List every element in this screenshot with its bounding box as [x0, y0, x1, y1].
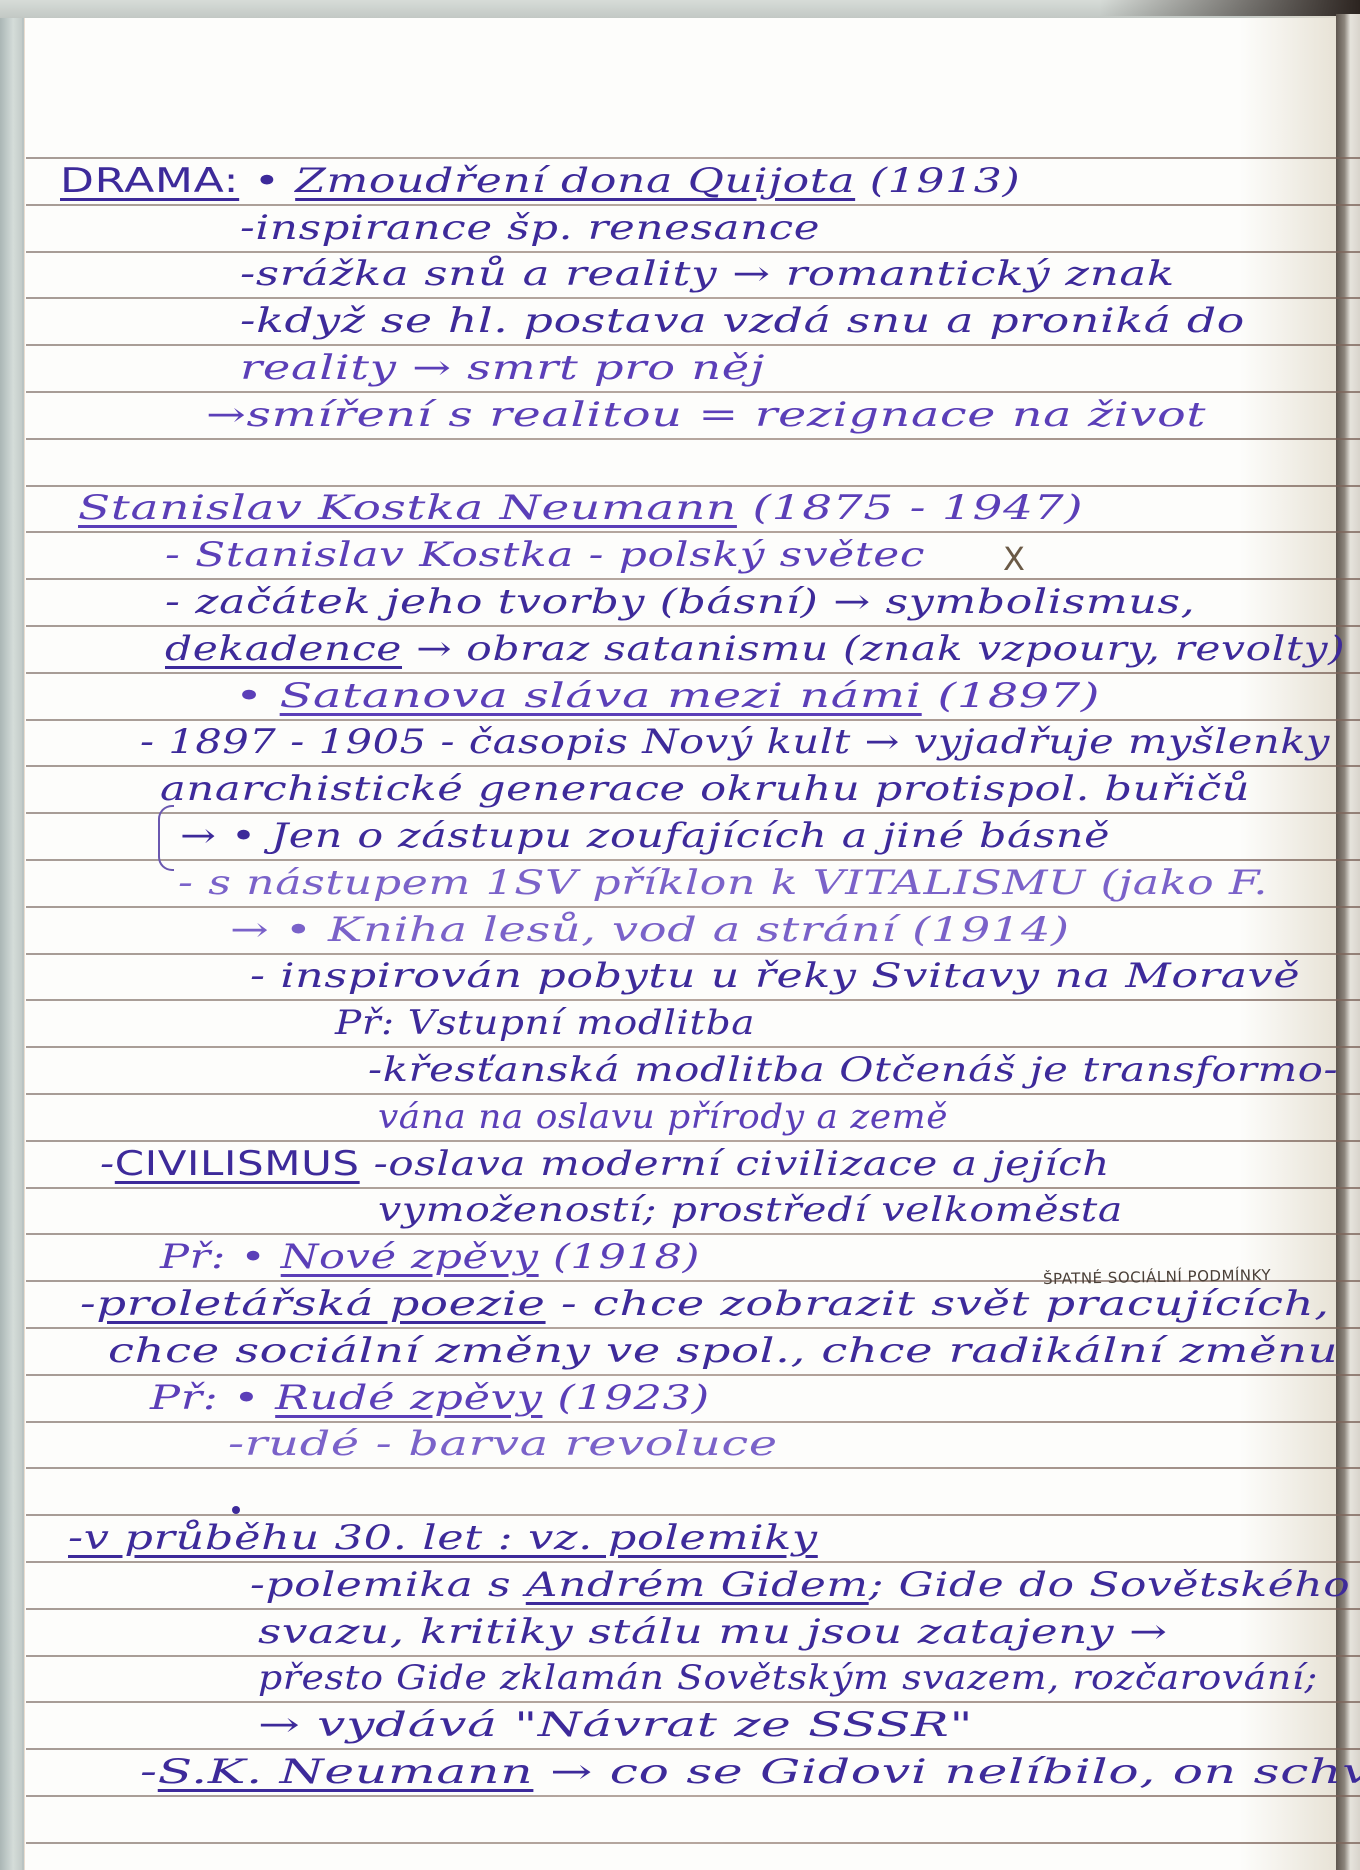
- note-text: - chce zobrazit svět pracujících,: [546, 1284, 1330, 1324]
- ruled-line: [26, 204, 1360, 206]
- underlined-text: -v průběhu 30. let : vz. polemiky: [68, 1518, 818, 1558]
- ruled-line: [26, 1421, 1360, 1423]
- note-line: Stanislav Kostka Neumann (1875 - 1947): [78, 491, 1083, 525]
- ruled-line: [26, 1233, 1360, 1235]
- note-text: přesto Gide zklamán Sovětským svazem, ro…: [258, 1658, 1318, 1698]
- ruled-line: [26, 1701, 1360, 1703]
- ruled-line: [26, 1093, 1360, 1095]
- note-line: Př: Vstupní modlitba: [335, 1006, 755, 1040]
- note-line: → • Jen o zástupu zoufajících a jiné bás…: [180, 819, 1110, 853]
- note-line: -S.K. Neumann → co se Gidovi nelíbilo, o…: [140, 1755, 1360, 1789]
- ruled-line: [26, 344, 1360, 346]
- ruled-line: [26, 1046, 1360, 1048]
- underlined-text: Nové zpěvy: [281, 1237, 539, 1277]
- note-text: - začátek jeho tvorby (básní) → symbolis…: [165, 582, 1195, 622]
- note-text: -když se hl. postava vzdá snu a proniká …: [240, 301, 1245, 341]
- note-line: -srážka snů a reality → romantický znak: [240, 257, 1175, 291]
- ruled-line: [26, 438, 1360, 440]
- note-text: - s nástupem 1SV příklon k VITALISMU (ja…: [178, 863, 1268, 903]
- ruled-line: [26, 1842, 1360, 1844]
- notebook-binding-left: [0, 0, 22, 1870]
- note-line: Př: • Nové zpěvy (1918): [160, 1240, 700, 1274]
- note-line: -CIVILISMUS -oslava moderní civilizace a…: [100, 1147, 1110, 1181]
- underlined-text: Zmoudření dona Quijota: [295, 161, 855, 201]
- note-line: chce sociální změny ve spol., chce radik…: [108, 1334, 1338, 1368]
- note-line: Př: • Rudé zpěvy (1923): [150, 1381, 710, 1415]
- note-line: vána na oslavu přírody a země: [378, 1100, 948, 1134]
- ruled-line: [26, 859, 1360, 861]
- note-line: reality → smrt pro něj: [240, 351, 765, 385]
- ruled-line: [26, 297, 1360, 299]
- underlined-text: dekadence: [165, 629, 402, 669]
- top-shadow: [1100, 0, 1360, 16]
- note-line: -když se hl. postava vzdá snu a proniká …: [240, 304, 1245, 338]
- note-line: → vydává "Návrat ze SSSR": [258, 1708, 973, 1742]
- note-line: -inspirance šp. renesance: [240, 211, 820, 245]
- ruled-line: [26, 1655, 1360, 1657]
- ruled-line: [26, 1187, 1360, 1189]
- ruled-line: [26, 719, 1360, 721]
- note-line: • Satanova sláva mezi námi (1897): [235, 679, 1100, 713]
- ruled-line: [26, 1608, 1360, 1610]
- ruled-line: [26, 625, 1360, 627]
- note-text: → vydává "Návrat ze SSSR": [258, 1705, 973, 1745]
- ruled-line: [26, 1561, 1360, 1563]
- note-text: - Stanislav Kostka - polský světec: [165, 535, 925, 575]
- ruled-line: [26, 1795, 1360, 1797]
- ruled-line: [26, 251, 1360, 253]
- note-text: -inspirance šp. renesance: [240, 208, 820, 248]
- note-text: -polemika s: [250, 1565, 526, 1605]
- note-line: anarchistické generace okruhu protispol.…: [160, 772, 1250, 806]
- underlined-text: Andrém Gidem: [526, 1565, 869, 1605]
- note-line: -křesťanská modlitba Otčenáš je transfor…: [368, 1053, 1338, 1087]
- ruled-line: [26, 391, 1360, 393]
- note-text: (1875 - 1947): [737, 488, 1083, 528]
- note-line: -rudé - barva revoluce: [228, 1427, 778, 1461]
- note-text: -křesťanská modlitba Otčenáš je transfor…: [368, 1050, 1338, 1090]
- note-line: - Stanislav Kostka - polský světec: [165, 538, 925, 572]
- note-text: → • Kniha lesů, vod a strání (1914): [230, 910, 1070, 950]
- ruled-line: [26, 1374, 1360, 1376]
- note-line: -proletářská poezie - chce zobrazit svět…: [80, 1287, 1330, 1321]
- note-text: chce sociální změny ve spol., chce radik…: [108, 1331, 1338, 1371]
- ruled-line: [26, 531, 1360, 533]
- ruled-line: [26, 1327, 1360, 1329]
- x-mark: X: [1003, 540, 1025, 578]
- ruled-line: [26, 578, 1360, 580]
- note-line: -v průběhu 30. let : vz. polemiky: [68, 1521, 818, 1555]
- note-text: ; Gide do Sovětského: [869, 1565, 1351, 1605]
- note-line: svazu, kritiky stálu mu jsou zatajeny →: [258, 1615, 1168, 1649]
- ruled-line: [26, 999, 1360, 1001]
- note-line: → • Kniha lesů, vod a strání (1914): [230, 913, 1070, 947]
- ruled-line: [26, 1467, 1360, 1469]
- note-text: →smíření s realitou = rezignace na život: [206, 395, 1206, 435]
- note-text: (1918): [539, 1237, 700, 1277]
- underlined-text: S.K. Neumann: [158, 1752, 534, 1792]
- note-line: - inspirován pobytu u řeky Svitavy na Mo…: [250, 959, 1300, 993]
- note-line: dekadence → obraz satanismu (znak vzpour…: [165, 632, 1345, 666]
- note-text: -: [100, 1144, 115, 1184]
- note-text: Př: •: [150, 1378, 275, 1418]
- ruled-line: [26, 672, 1360, 674]
- note-text: reality → smrt pro něj: [240, 348, 765, 388]
- note-text: anarchistické generace okruhu protispol.…: [160, 769, 1250, 809]
- note-text: Př: Vstupní modlitba: [335, 1003, 755, 1043]
- ruled-line: [26, 906, 1360, 908]
- note-line: vymožeností; prostředí velkoměsta: [378, 1193, 1123, 1227]
- note-line: -polemika s Andrém Gidem; Gide do Sověts…: [250, 1568, 1350, 1602]
- note-text: → • Jen o zástupu zoufajících a jiné bás…: [180, 816, 1110, 856]
- note-text: - inspirován pobytu u řeky Svitavy na Mo…: [250, 956, 1300, 996]
- note-text: -: [140, 1752, 158, 1792]
- note-text: - 1897 - 1905 - časopis Nový kult → vyja…: [140, 722, 1330, 762]
- ruled-line: [26, 765, 1360, 767]
- underlined-text: Satanova sláva mezi námi: [280, 676, 922, 716]
- note-text: •: [239, 161, 295, 201]
- note-line: přesto Gide zklamán Sovětským svazem, ro…: [258, 1661, 1318, 1695]
- note-text: -: [80, 1284, 96, 1324]
- note-text: -srážka snů a reality → romantický znak: [240, 254, 1175, 294]
- underlined-text: Stanislav Kostka Neumann: [78, 488, 737, 528]
- note-text: (1923): [542, 1378, 709, 1418]
- note-text: vymožeností; prostředí velkoměsta: [378, 1190, 1123, 1230]
- note-text: → co se Gidovi nelíbilo, on schva-: [533, 1752, 1360, 1792]
- ruled-line: [26, 812, 1360, 814]
- note-line: - začátek jeho tvorby (básní) → symbolis…: [165, 585, 1195, 619]
- note-line: →smíření s realitou = rezignace na život: [206, 398, 1206, 432]
- underlined-text: CIVILISMUS: [115, 1144, 360, 1184]
- bracket-arrow-mark: [158, 805, 174, 871]
- ruled-line: [26, 1140, 1360, 1142]
- ruled-line: [26, 485, 1360, 487]
- note-text: svazu, kritiky stálu mu jsou zatajeny →: [258, 1612, 1168, 1652]
- note-line: DRAMA: • Zmoudření dona Quijota (1913): [60, 164, 1020, 198]
- note-text: vána na oslavu přírody a země: [378, 1097, 948, 1137]
- underlined-text: DRAMA:: [60, 161, 239, 201]
- note-text: → obraz satanismu (znak vzpoury, revolty…: [402, 629, 1345, 669]
- note-text: Př: •: [160, 1237, 281, 1277]
- note-text: •: [235, 676, 280, 716]
- underlined-text: proletářská poezie: [96, 1284, 545, 1324]
- note-text: -rudé - barva revoluce: [228, 1424, 778, 1464]
- note-text: -oslava moderní civilizace a jejích: [360, 1144, 1110, 1184]
- note-line: - 1897 - 1905 - časopis Nový kult → vyja…: [140, 725, 1330, 759]
- ruled-line: [26, 157, 1360, 159]
- ruled-line: [26, 1514, 1360, 1516]
- note-text: (1913): [855, 161, 1020, 201]
- stray-dot: [232, 1506, 240, 1514]
- ruled-line: [26, 1748, 1360, 1750]
- ruled-line: [26, 953, 1360, 955]
- note-text: (1897): [922, 676, 1100, 716]
- note-line: - s nástupem 1SV příklon k VITALISMU (ja…: [178, 866, 1268, 900]
- underlined-text: Rudé zpěvy: [275, 1378, 542, 1418]
